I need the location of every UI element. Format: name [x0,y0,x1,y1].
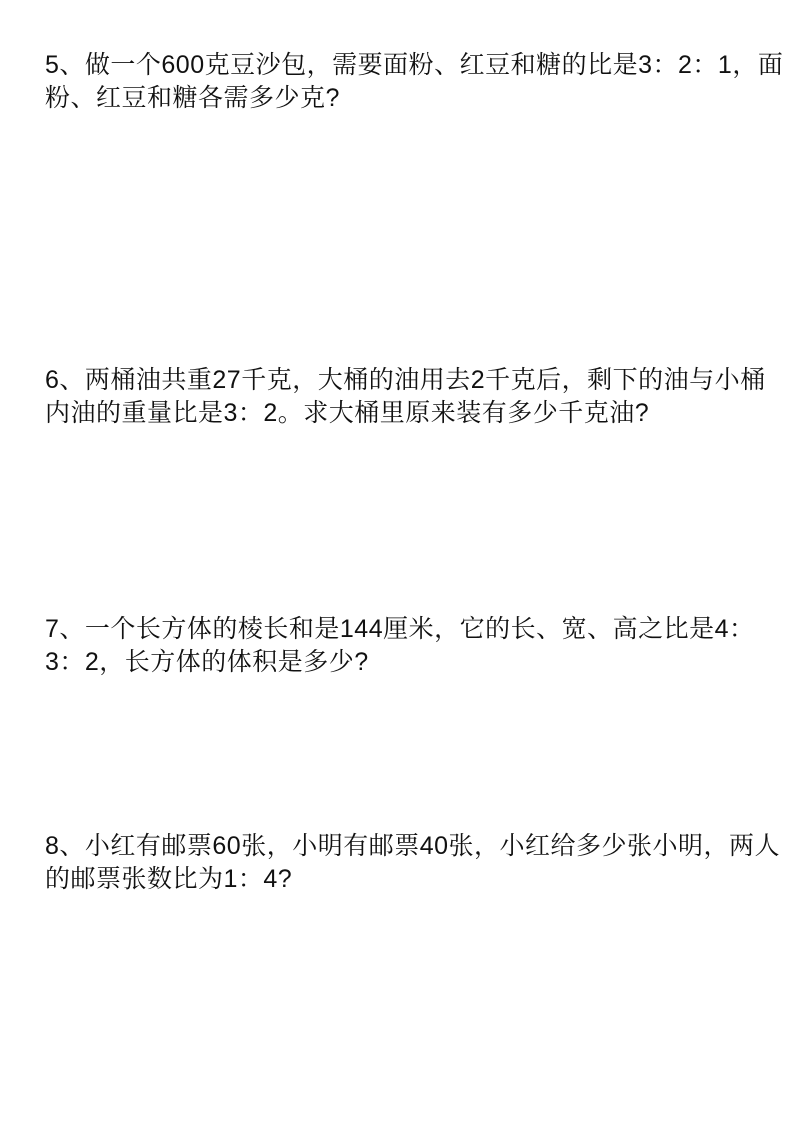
problem-7-line-1: 7、一个长方体的棱长和是144厘米，它的长、宽、高之比是4： [45,613,758,646]
problem-8-line-2: 的邮票张数比为1：4? [45,863,758,896]
problem-5: 5、做一个600克豆沙包，需要面粉、红豆和糖的比是3：2：1，面 粉、红豆和糖各… [45,49,758,115]
problem-7: 7、一个长方体的棱长和是144厘米，它的长、宽、高之比是4： 3：2，长方体的体… [45,613,758,679]
problem-6-line-2: 内油的重量比是3：2。求大桶里原来装有多少千克油? [45,397,758,430]
problem-6: 6、两桶油共重27千克，大桶的油用去2千克后，剩下的油与小桶 内油的重量比是3：… [45,364,758,430]
problem-6-line-1: 6、两桶油共重27千克，大桶的油用去2千克后，剩下的油与小桶 [45,364,758,397]
problem-5-line-1: 5、做一个600克豆沙包，需要面粉、红豆和糖的比是3：2：1，面 [45,49,758,82]
problem-8: 8、小红有邮票60张，小明有邮票40张，小红给多少张小明，两人 的邮票张数比为1… [45,830,758,896]
worksheet-page: 5、做一个600克豆沙包，需要面粉、红豆和糖的比是3：2：1，面 粉、红豆和糖各… [0,0,793,1122]
problem-8-line-1: 8、小红有邮票60张，小明有邮票40张，小红给多少张小明，两人 [45,830,758,863]
problem-5-line-2: 粉、红豆和糖各需多少克? [45,82,758,115]
problem-7-line-2: 3：2，长方体的体积是多少? [45,646,758,679]
